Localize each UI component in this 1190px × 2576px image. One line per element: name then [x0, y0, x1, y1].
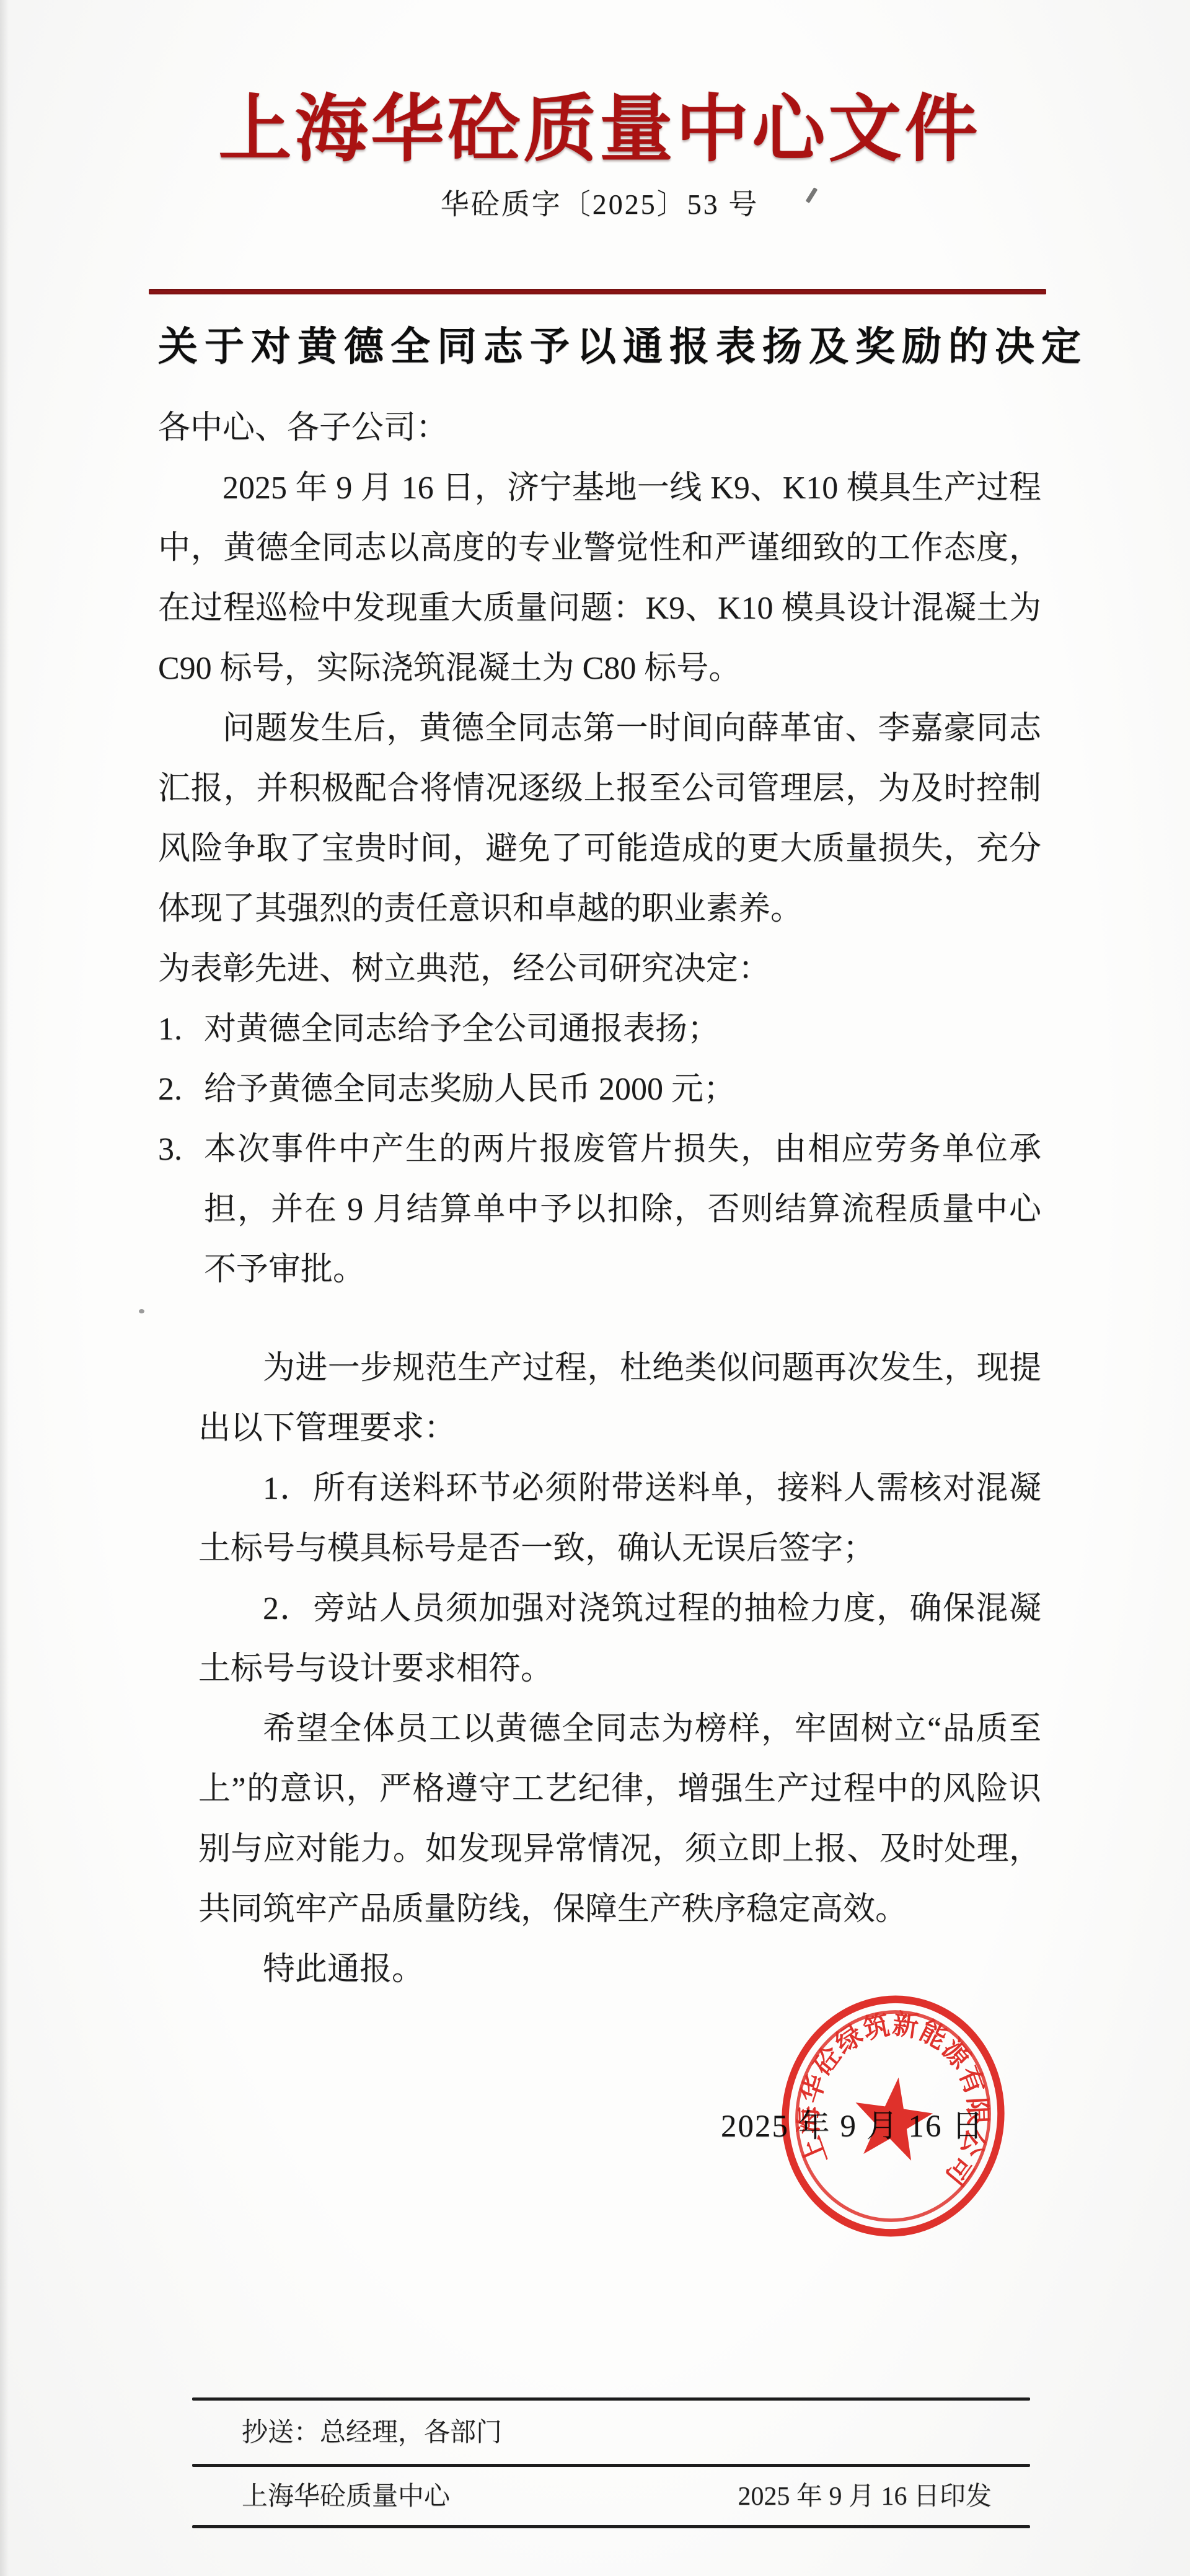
decision-text: 对黄德全同志给予全公司通报表扬；	[204, 999, 1041, 1059]
document-heading: 关于对黄德全同志予以通报表扬及奖励的决定	[158, 319, 1041, 375]
official-document-page: 上海华砼质量中心文件 华砼质字〔2025〕53 号 关于对黄德全同志予以通报表扬…	[0, 0, 1190, 2576]
footer-rule-middle	[192, 2464, 1030, 2467]
notice-line: 特此通报。	[198, 1939, 1041, 2000]
requirements-intro: 为进一步规范生产过程，杜绝类似问题再次发生，现提出以下管理要求：	[198, 1338, 1041, 1458]
paragraph-report: 问题发生后，黄德全同志第一时间向薛革宙、李嘉豪同志汇报，并积极配合将情况逐级上报…	[158, 699, 1041, 939]
star-icon	[848, 2072, 937, 2163]
requirement-item-2: 2．旁站人员须加强对浇筑过程的抽检力度，确保混凝土标号与设计要求相符。	[198, 1579, 1041, 1699]
company-seal-stamp: 上海华砼绿筑新能源有限公司	[762, 1976, 1025, 2256]
closing-paragraph: 希望全体员工以黄德全同志为榜样，牢固树立“品质至上”的意识，严格遵守工艺纪律，增…	[198, 1699, 1041, 1939]
footer-rule-bottom	[192, 2525, 1030, 2528]
footer-rule-top	[192, 2397, 1030, 2401]
paragraph-incident: 2025 年 9 月 16 日，济宁基地一线 K9、K10 模具生产过程中，黄德…	[158, 458, 1041, 699]
management-requirements-section: 为进一步规范生产过程，杜绝类似问题再次发生，现提出以下管理要求： 1．所有送料环…	[198, 1338, 1041, 2000]
issuer-row: 上海华砼质量中心 2025 年 9 月 16 日印发	[242, 2479, 992, 2514]
print-date: 2025 年 9 月 16 日印发	[738, 2479, 992, 2514]
decision-item-3: 3. 本次事件中产生的两片报废管片损失，由相应劳务单位承担，并在 9 月结算单中…	[158, 1119, 1041, 1300]
requirement-text: 旁站人员须加强对浇筑过程的抽检力度，确保混凝土标号与设计要求相符。	[198, 1591, 1041, 1687]
requirement-item-1: 1．所有送料环节必须附带送料单，接料人需核对混凝土标号与模具标号是否一致，确认无…	[198, 1458, 1041, 1579]
document-footer: 抄送：总经理，各部门 上海华砼质量中心 2025 年 9 月 16 日印发	[158, 2397, 1041, 2528]
requirement-number: 2．	[263, 1591, 313, 1626]
document-number: 华砼质字〔2025〕53 号	[158, 188, 1041, 221]
requirement-number: 1．	[263, 1471, 313, 1506]
decision-number: 2.	[158, 1059, 204, 1119]
decision-item-1: 1. 对黄德全同志给予全公司通报表扬；	[158, 999, 1041, 1059]
paragraph-decision-lead: 为表彰先进、树立典范，经公司研究决定：	[158, 939, 1041, 999]
issuing-office: 上海华砼质量中心	[242, 2479, 450, 2514]
red-header-title: 上海华砼质量中心文件	[158, 87, 1041, 174]
requirement-text: 所有送料环节必须附带送料单，接料人需核对混凝土标号与模具标号是否一致，确认无误后…	[198, 1471, 1041, 1566]
decision-item-2: 2. 给予黄德全同志奖励人民币 2000 元；	[158, 1059, 1041, 1119]
decision-number: 3.	[158, 1119, 204, 1300]
ink-smudge	[139, 1309, 144, 1313]
cc-line: 抄送：总经理，各部门	[242, 2415, 1041, 2450]
salutation: 各中心、各子公司：	[158, 398, 1041, 458]
red-divider-rule	[149, 289, 1046, 294]
decision-text: 本次事件中产生的两片报废管片损失，由相应劳务单位承担，并在 9 月结算单中予以扣…	[204, 1119, 1041, 1300]
decision-number: 1.	[158, 999, 204, 1059]
decision-text: 给予黄德全同志奖励人民币 2000 元；	[204, 1059, 1041, 1119]
